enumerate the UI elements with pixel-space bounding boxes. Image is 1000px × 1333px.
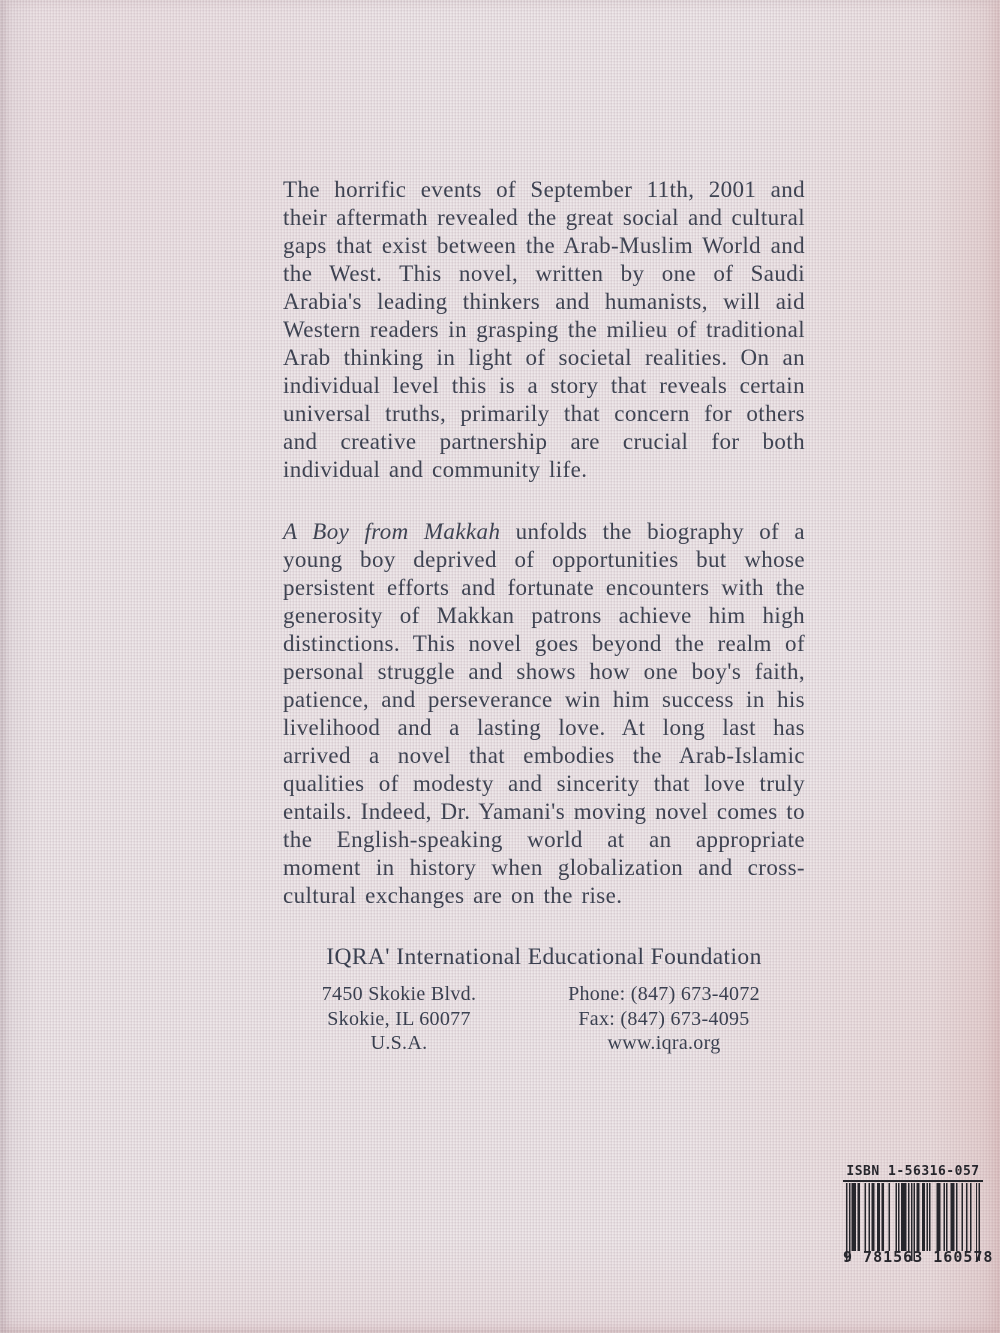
book-title-italic: A Boy from Makkah bbox=[283, 519, 500, 544]
publisher-address: 7450 Skokie Blvd. Skokie, IL 60077 U.S.A… bbox=[293, 982, 505, 1056]
publisher-address-line2: Skokie, IL 60077 bbox=[293, 1007, 505, 1032]
synopsis-paragraph-1: The horrific events of September 11th, 2… bbox=[283, 176, 805, 484]
publisher-contact-columns: 7450 Skokie Blvd. Skokie, IL 60077 U.S.A… bbox=[283, 982, 805, 1056]
synopsis-paragraph-2-text: unfolds the biography of a young boy dep… bbox=[283, 519, 805, 908]
publisher-address-line3: U.S.A. bbox=[293, 1031, 505, 1056]
publisher-contact: Phone: (847) 673-4072 Fax: (847) 673-409… bbox=[533, 982, 795, 1056]
isbn-barcode: ISBN 1-56316-057 9 781563 160578 bbox=[843, 1162, 983, 1266]
publisher-address-line1: 7450 Skokie Blvd. bbox=[293, 982, 505, 1007]
publisher-phone: Phone: (847) 673-4072 bbox=[533, 982, 795, 1007]
book-back-cover: The horrific events of September 11th, 2… bbox=[0, 0, 1000, 1333]
isbn-label: ISBN 1-56316-057 bbox=[843, 1164, 982, 1182]
synopsis-paragraph-2: A Boy from Makkah unfolds the biography … bbox=[283, 518, 805, 910]
publisher-website: www.iqra.org bbox=[533, 1031, 795, 1056]
back-cover-content: The horrific events of September 11th, 2… bbox=[283, 176, 805, 1056]
publisher-name: IQRA' International Educational Foundati… bbox=[283, 944, 805, 971]
publisher-fax: Fax: (847) 673-4095 bbox=[533, 1007, 795, 1032]
barcode-digits: 9 781563 160578 bbox=[843, 1248, 983, 1266]
publisher-block: IQRA' International Educational Foundati… bbox=[283, 944, 805, 1056]
